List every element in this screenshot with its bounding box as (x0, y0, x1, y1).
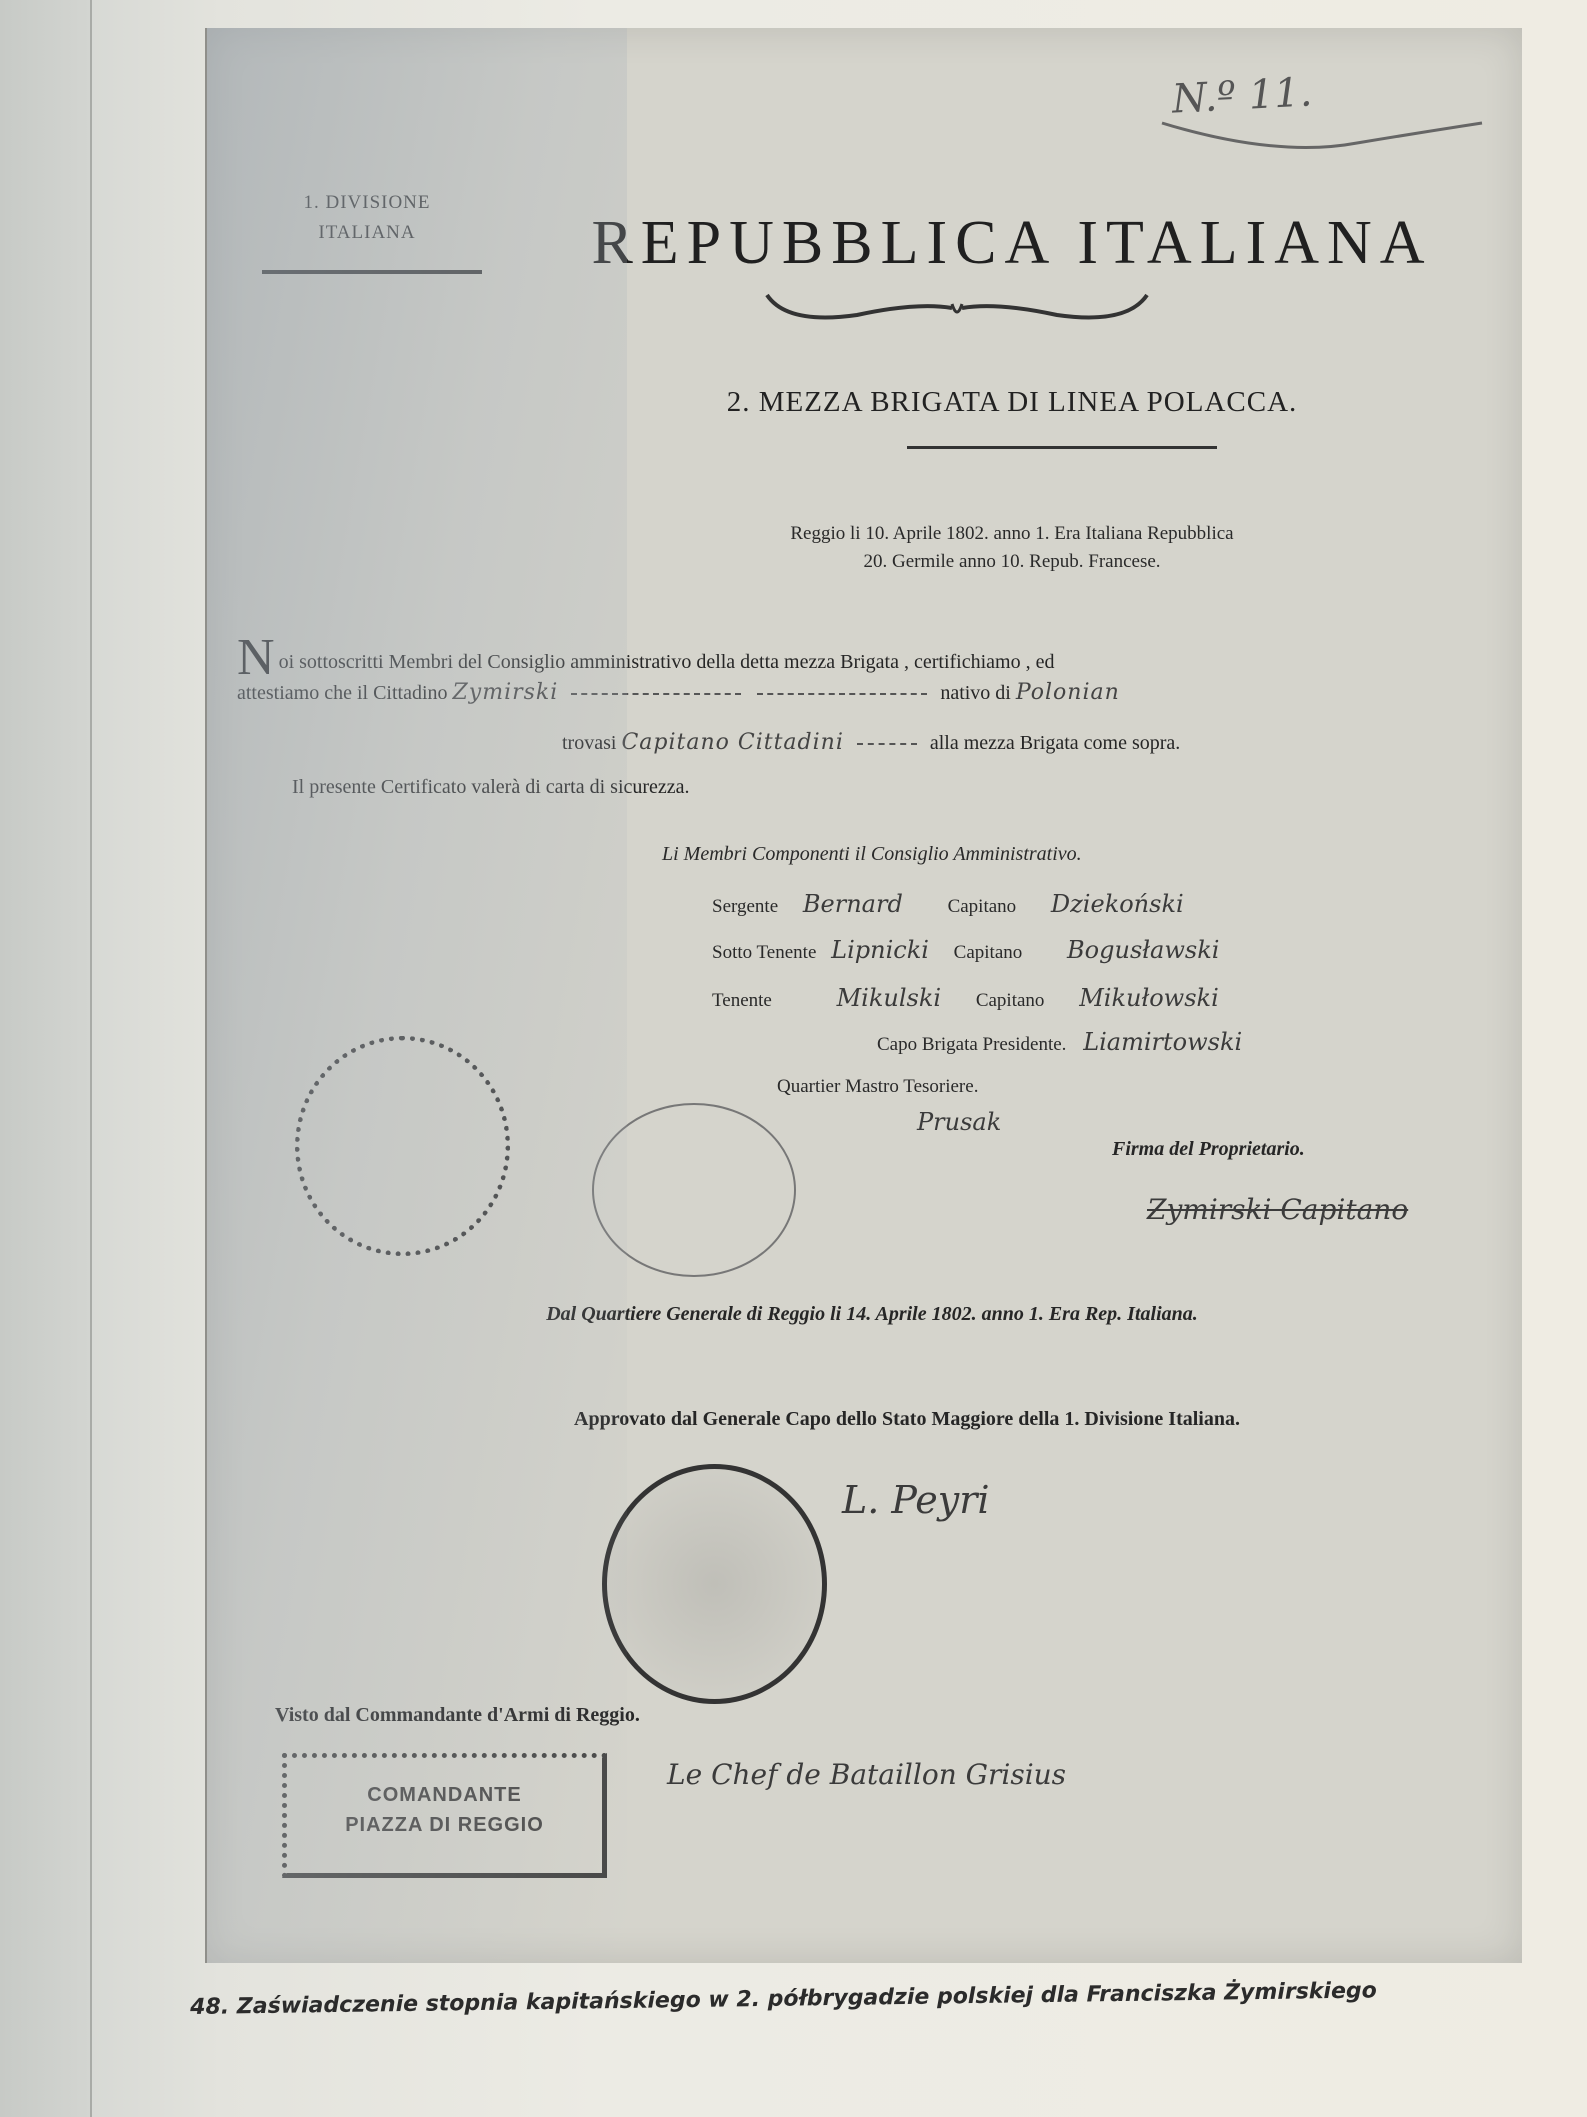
council-treasurer-row: Quartier Mastro Tesoriere. (777, 1076, 978, 1098)
dropcap: N (237, 629, 275, 686)
signature: Lipnicki (831, 936, 929, 964)
body-line-1: Noi sottoscritti Membri del Consiglio am… (237, 628, 1054, 687)
council-president-row: Capo Brigata Presidente. Liamirtowski (877, 1028, 1242, 1056)
origin-handwritten: Polonian (1016, 680, 1120, 705)
fill-line (857, 743, 917, 745)
document-title: REPUBBLICA ITALIANA (507, 208, 1517, 279)
headquarters-line: Dal Quartiere Generale di Reggio li 14. … (282, 1303, 1462, 1326)
rectangular-command-stamp: COMANDANTE PIAZZA DI REGGIO (282, 1753, 607, 1878)
body-line-4: Il presente Certificato valerà di carta … (292, 776, 690, 799)
figure-caption: 48. Zaświadczenie stopnia kapitańskiego … (190, 1975, 1410, 2024)
signature: Liamirtowski (1083, 1028, 1242, 1056)
council-heading: Li Membri Componenti il Consiglio Ammini… (662, 843, 1082, 866)
signature-loop-seal (592, 1103, 796, 1277)
signature: Mikulski (837, 984, 941, 1012)
body-line-3: trovasi Capitano Cittadini alla mezza Br… (562, 730, 1180, 755)
visto-signature-row: Le Chef de Bataillon Grisius (667, 1758, 1066, 1791)
subtitle-rule (907, 446, 1217, 449)
owner-signature-label: Firma del Proprietario. (1112, 1138, 1305, 1161)
document-subtitle: 2. MEZZA BRIGATA DI LINEA POLACCA. (507, 386, 1517, 419)
signature: Zymirski Capitano (1147, 1193, 1408, 1226)
visto-line: Visto dal Commandante d'Armi di Reggio. (275, 1704, 640, 1727)
fill-line (571, 693, 741, 695)
fill-line (757, 693, 927, 695)
oval-seal-stamp (602, 1464, 827, 1704)
owner-signature-row: Zymirski Capitano (1147, 1193, 1408, 1226)
signature: Le Chef de Bataillon Grisius (667, 1758, 1066, 1791)
council-row: Sotto Tenente Lipnicki Capitano Bogusław… (712, 936, 1219, 964)
reference-flourish-icon (1157, 118, 1487, 158)
round-seal-stamp (295, 1036, 510, 1256)
division-rule (262, 270, 482, 274)
signature: Mikułowski (1079, 984, 1219, 1012)
approval-signature-row: L. Peyri (842, 1478, 990, 1522)
reference-number-handwritten: N.º 11. (1171, 69, 1314, 122)
council-row: Tenente Mikulski Capitano Mikułowski (712, 984, 1219, 1012)
citizen-name-handwritten: Zymirski (453, 680, 559, 705)
title-flourish-icon (757, 290, 1157, 330)
treasurer-signature-row: Prusak (917, 1108, 1001, 1136)
approval-line: Approvato dal Generale Capo dello Stato … (307, 1408, 1507, 1431)
date-line: Reggio li 10. Aprile 1802. anno 1. Era I… (507, 520, 1517, 576)
document-plate: N.º 11. 1. DIVISIONE ITALIANA REPUBBLICA… (205, 28, 1522, 1963)
council-row: Sergente Bernard Capitano Dziekoński (712, 890, 1184, 918)
signature: L. Peyri (842, 1478, 990, 1522)
signature: Bernard (803, 890, 903, 918)
signature: Dziekoński (1051, 890, 1184, 918)
signature: Bogusławski (1067, 936, 1219, 964)
book-page: N.º 11. 1. DIVISIONE ITALIANA REPUBBLICA… (0, 0, 1587, 2117)
previous-page-edge (0, 0, 92, 2117)
body-line-2: attestiamo che il Cittadino Zymirski nat… (237, 680, 1120, 705)
division-label: 1. DIVISIONE ITALIANA (262, 188, 472, 248)
signature: Prusak (917, 1108, 1001, 1136)
rank-handwritten: Capitano Cittadini (621, 730, 843, 755)
